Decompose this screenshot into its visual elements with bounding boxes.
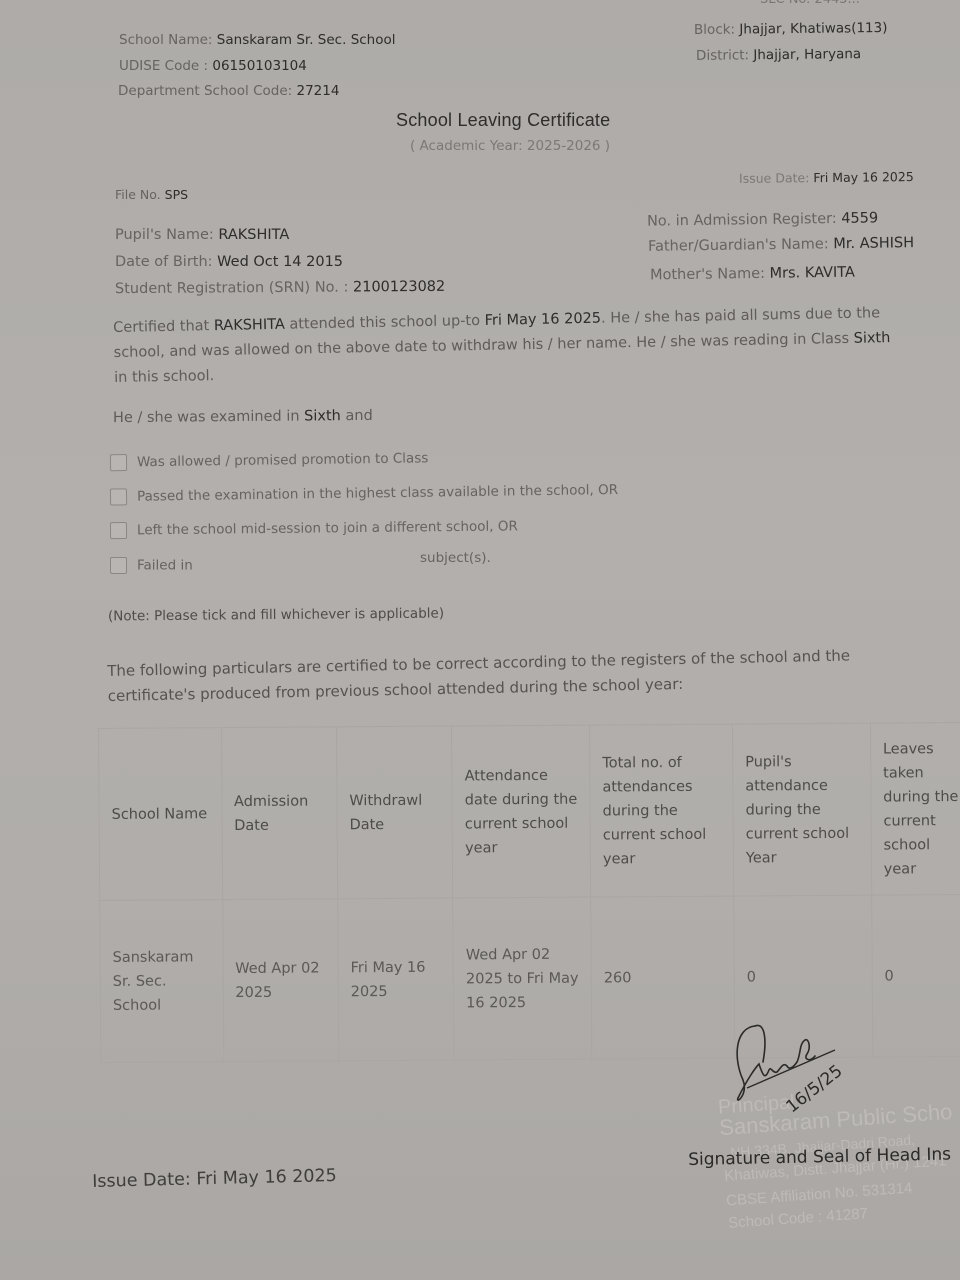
header-attendance-date: Attendance date during the current schoo… bbox=[452, 725, 591, 898]
promotion-option-label: Was allowed / promised promotion to Clas… bbox=[137, 450, 429, 470]
cell-withdrawl-date: Fri May 16 2025 bbox=[338, 898, 454, 1061]
father-label: Father/Guardian's Name: bbox=[648, 236, 829, 255]
particulars-table: School Name Admission Date Withdrawl Dat… bbox=[98, 722, 960, 1063]
dob-line: Date of Birth: Wed Oct 14 2015 bbox=[115, 254, 343, 270]
passed-highest-checkbox[interactable] bbox=[110, 488, 127, 505]
seal-line-affiliation: CBSE Affiliation No. 531314 bbox=[726, 1180, 913, 1210]
udise-label: UDISE Code : bbox=[119, 58, 208, 74]
failed-option-label: Failed in bbox=[137, 558, 193, 574]
signature-icon: 16/5/25 bbox=[725, 1018, 865, 1118]
option-passed-highest[interactable]: Passed the examination in the highest cl… bbox=[110, 481, 618, 505]
district-label: District: bbox=[696, 47, 749, 64]
cell-attendance-date: Wed Apr 02 2025 to Fri May 16 2025 bbox=[453, 897, 592, 1060]
udise-line: UDISE Code : 06150103104 bbox=[119, 58, 307, 74]
father-value: Mr. ASHISH bbox=[833, 235, 914, 252]
srn-label: Student Registration (SRN) No. : bbox=[115, 280, 348, 298]
header-admission-date: Admission Date bbox=[221, 727, 338, 900]
note-text: (Note: Please tick and fill whichever is… bbox=[108, 606, 444, 625]
srn-line: Student Registration (SRN) No. : 2100123… bbox=[115, 279, 445, 297]
dept-code-value: 27214 bbox=[297, 83, 340, 99]
seal-line-school-code: School Code : 41287 bbox=[728, 1205, 869, 1232]
district-value: Jhajjar, Haryana bbox=[753, 46, 861, 63]
examined-class: Sixth bbox=[304, 408, 341, 424]
school-name-value: Sanskaram Sr. Sec. School bbox=[217, 32, 396, 48]
mother-value: Mrs. KAVITA bbox=[769, 265, 855, 282]
cell-leaves-taken: 0 bbox=[871, 894, 960, 1057]
header-school-name: School Name bbox=[99, 728, 223, 901]
slc-number-label: SLC No. bbox=[760, 0, 810, 7]
header-total-attendances: Total no. of attendances during the curr… bbox=[590, 724, 734, 897]
udise-value: 06150103104 bbox=[212, 58, 306, 74]
pupil-name-value: RAKSHITA bbox=[218, 227, 289, 243]
footer-issue-date-label: Issue Date: bbox=[92, 1170, 191, 1192]
dept-code-line: Department School Code: 27214 bbox=[118, 83, 339, 99]
examined-text: and bbox=[341, 408, 373, 424]
left-mid-session-option-label: Left the school mid-session to join a di… bbox=[137, 518, 518, 538]
header-leaves-taken: Leaves taken during the current school y… bbox=[870, 722, 960, 895]
statement-pupil-name: RAKSHITA bbox=[214, 317, 285, 334]
mother-line: Mother's Name: Mrs. KAVITA bbox=[650, 265, 855, 284]
table-header-row: School Name Admission Date Withdrawl Dat… bbox=[99, 722, 960, 900]
statement-class: Sixth bbox=[854, 330, 891, 347]
slc-number-value: 2445... bbox=[814, 0, 859, 7]
failed-subjects-suffix: subject(s). bbox=[420, 550, 491, 566]
header-withdrawl-date: Withdrawl Date bbox=[336, 726, 453, 899]
block-label: Block: bbox=[694, 22, 735, 38]
admission-no-value: 4559 bbox=[841, 210, 878, 227]
option-failed[interactable]: Failed in bbox=[110, 557, 193, 574]
certificate-title: School Leaving Certificate bbox=[396, 110, 610, 131]
dob-label: Date of Birth: bbox=[115, 254, 213, 270]
failed-checkbox[interactable] bbox=[110, 557, 127, 574]
signature-date: 16/5/25 bbox=[782, 1061, 846, 1117]
dob-value: Wed Oct 14 2015 bbox=[217, 254, 343, 270]
cell-admission-date: Wed Apr 02 2025 bbox=[222, 899, 338, 1062]
issue-date-value: Fri May 16 2025 bbox=[813, 169, 914, 185]
academic-year: ( Academic Year: 2025-2026 ) bbox=[410, 138, 610, 154]
examined-text: He / she was examined in bbox=[113, 408, 304, 426]
mother-label: Mother's Name: bbox=[650, 266, 765, 284]
particulars-intro: The following particulars are certified … bbox=[107, 643, 851, 709]
file-no-value: SPS bbox=[165, 187, 188, 202]
statement-text: . He / she has paid all sums due to the bbox=[601, 305, 880, 326]
file-no-label: File No. bbox=[115, 187, 161, 202]
footer-issue-date-value: Fri May 16 2025 bbox=[196, 1166, 337, 1189]
statement-date: Fri May 16 2025 bbox=[484, 311, 601, 329]
cell-school-name: Sanskaram Sr. Sec. School bbox=[100, 900, 224, 1063]
father-line: Father/Guardian's Name: Mr. ASHISH bbox=[648, 235, 914, 255]
block-value: Jhajjar, Khatiwas(113) bbox=[739, 20, 887, 38]
issue-date-line: Issue Date: Fri May 16 2025 bbox=[739, 169, 914, 186]
block-line: Block: Jhajjar, Khatiwas(113) bbox=[694, 20, 888, 38]
pupil-name-line: Pupil's Name: RAKSHITA bbox=[115, 227, 289, 243]
school-name-label: School Name: bbox=[119, 32, 213, 48]
statement-text: attended this school up-to bbox=[285, 313, 485, 333]
slc-number: SLC No. 2445... bbox=[760, 0, 860, 7]
left-mid-session-checkbox[interactable] bbox=[110, 522, 127, 539]
issue-date-label: Issue Date: bbox=[739, 170, 810, 186]
admission-no-line: No. in Admission Register: 4559 bbox=[647, 210, 878, 229]
pupil-name-label: Pupil's Name: bbox=[115, 227, 214, 243]
option-promotion[interactable]: Was allowed / promised promotion to Clas… bbox=[110, 450, 429, 471]
option-left-mid-session[interactable]: Left the school mid-session to join a di… bbox=[110, 518, 518, 539]
passed-highest-option-label: Passed the examination in the highest cl… bbox=[137, 482, 618, 505]
header-pupil-attendance: Pupil's attendance during the current sc… bbox=[732, 723, 871, 896]
cell-total-attendances: 260 bbox=[591, 896, 735, 1059]
certification-paragraph: Certified that RAKSHITA attended this sc… bbox=[113, 301, 891, 391]
dept-code-label: Department School Code: bbox=[118, 83, 292, 99]
admission-no-label: No. in Admission Register: bbox=[647, 211, 837, 230]
examined-line: He / she was examined in Sixth and bbox=[113, 404, 373, 431]
promotion-checkbox[interactable] bbox=[110, 454, 127, 471]
statement-text: Certified that bbox=[113, 318, 214, 336]
footer-issue-date: Issue Date: Fri May 16 2025 bbox=[92, 1166, 337, 1192]
district-line: District: Jhajjar, Haryana bbox=[696, 46, 861, 64]
file-no-line: File No. SPS bbox=[115, 187, 188, 202]
school-name-line: School Name: Sanskaram Sr. Sec. School bbox=[119, 32, 396, 48]
srn-value: 2100123082 bbox=[353, 279, 445, 296]
